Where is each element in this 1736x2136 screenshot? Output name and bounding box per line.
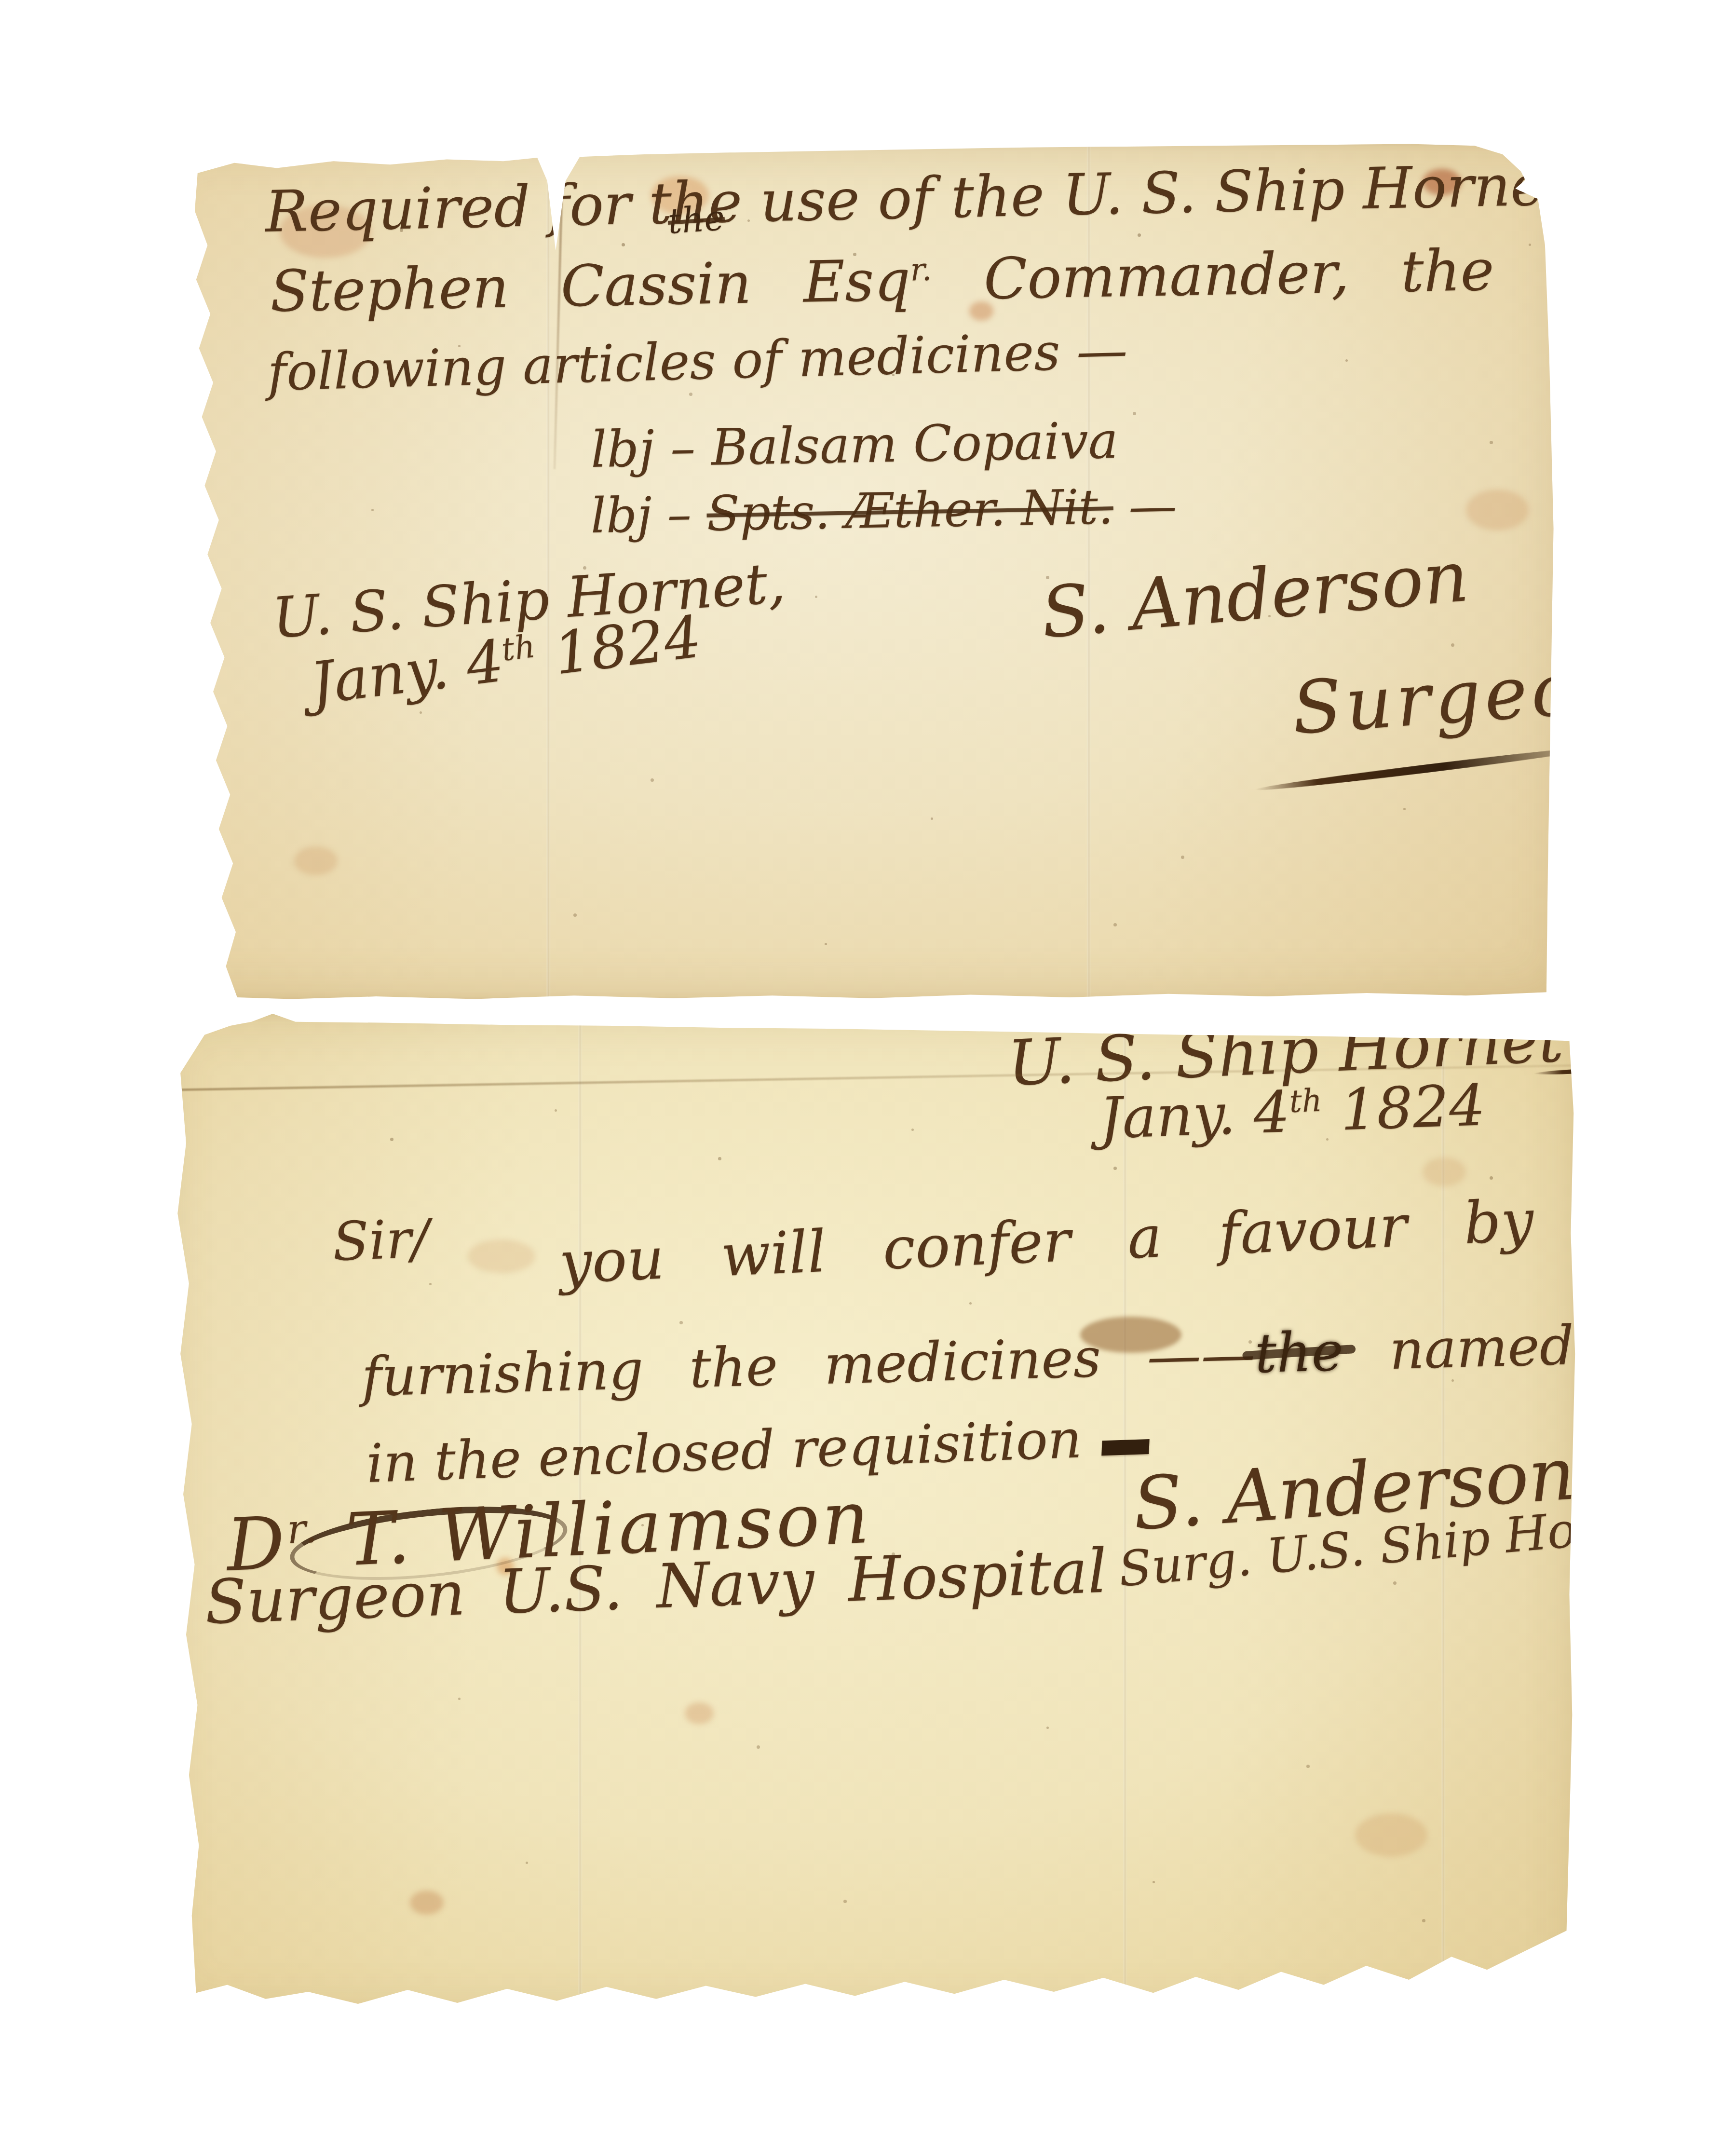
paper-specks: [159, 1013, 162, 1015]
body-2-text: furnishing the medicines: [361, 1325, 1148, 1409]
letter-body-line-2: furnishing the medicines ——the named: [361, 1319, 1575, 1404]
item-2-quantity: lbj –: [590, 486, 707, 544]
addressee-superscript: r.: [286, 1505, 321, 1553]
date-year: 1824: [1321, 1072, 1486, 1144]
stain: [1355, 1813, 1427, 1857]
stain: [685, 1702, 714, 1724]
stain: [1423, 1157, 1466, 1186]
body-2-struck-word: the: [1254, 1320, 1344, 1386]
stain: [1466, 490, 1529, 531]
body-2-rest: named: [1343, 1314, 1575, 1383]
letter-date: Jany. 4th 1824: [1099, 1076, 1486, 1147]
date-day: Jany. 4: [1099, 1078, 1291, 1152]
requisition-paper: Required for the use of the U. S. Ship H…: [149, 142, 1565, 1001]
medicine-item-1: lbj – Balsam Copaiva: [590, 415, 1118, 475]
surgeon-signature-title: Surgeon: [1290, 649, 1565, 745]
letter-body-line-3: in the enclosed requisition —: [366, 1410, 1153, 1490]
scan-background: { "canvas": {"width": 3600, "height": 44…: [0, 0, 1736, 2136]
body-2-dash: ——: [1146, 1323, 1256, 1388]
medicine-item-2: lbj – Spts. Æther. Nit. —: [590, 482, 1177, 540]
signature-flourish: [1255, 743, 1565, 794]
requisition-line-1: Required for the use of the U. S. Ship H…: [265, 156, 1565, 240]
stain: [468, 1239, 535, 1273]
letter-paper: U. S. Ship Hornet Jany. 4th 1824 Sir/ yo…: [159, 1013, 1579, 2016]
surgeon-signature: S. Anderson: [1039, 542, 1471, 649]
letter-body-line-1: you will confer a favour by: [558, 1192, 1535, 1292]
fold-crease: [1124, 1013, 1126, 2016]
item-2-dash: —: [1113, 477, 1178, 535]
date-ordinal: th: [1288, 1083, 1322, 1120]
item-1-name: Balsam Copaiva: [711, 411, 1119, 477]
sheet-requisition: Required for the use of the U. S. Ship H…: [149, 142, 1565, 1001]
sheet-cover-letter: U. S. Ship Hornet Jany. 4th 1824 Sir/ yo…: [159, 1013, 1579, 2016]
commander-name: Stephen Cassin Esq: [270, 247, 911, 325]
requisition-line-2: Stephen Cassin Esqr. Commander, the: [270, 242, 1494, 320]
interline-correction: the: [666, 200, 726, 239]
paper-specks: [149, 142, 152, 145]
requisition-line-3: following articles of medicines —: [267, 325, 1128, 398]
stain: [294, 846, 338, 875]
item-2-name-struck: Spts. Æther. Nit.: [706, 478, 1114, 542]
stain: [410, 1891, 444, 1915]
date-ordinal: th: [500, 627, 537, 668]
commander-title: Commander, the: [931, 237, 1494, 313]
item-1-quantity: lbj –: [590, 418, 712, 479]
esquire-superscript: r.: [910, 252, 932, 288]
salutation: Sir/: [332, 1212, 430, 1268]
